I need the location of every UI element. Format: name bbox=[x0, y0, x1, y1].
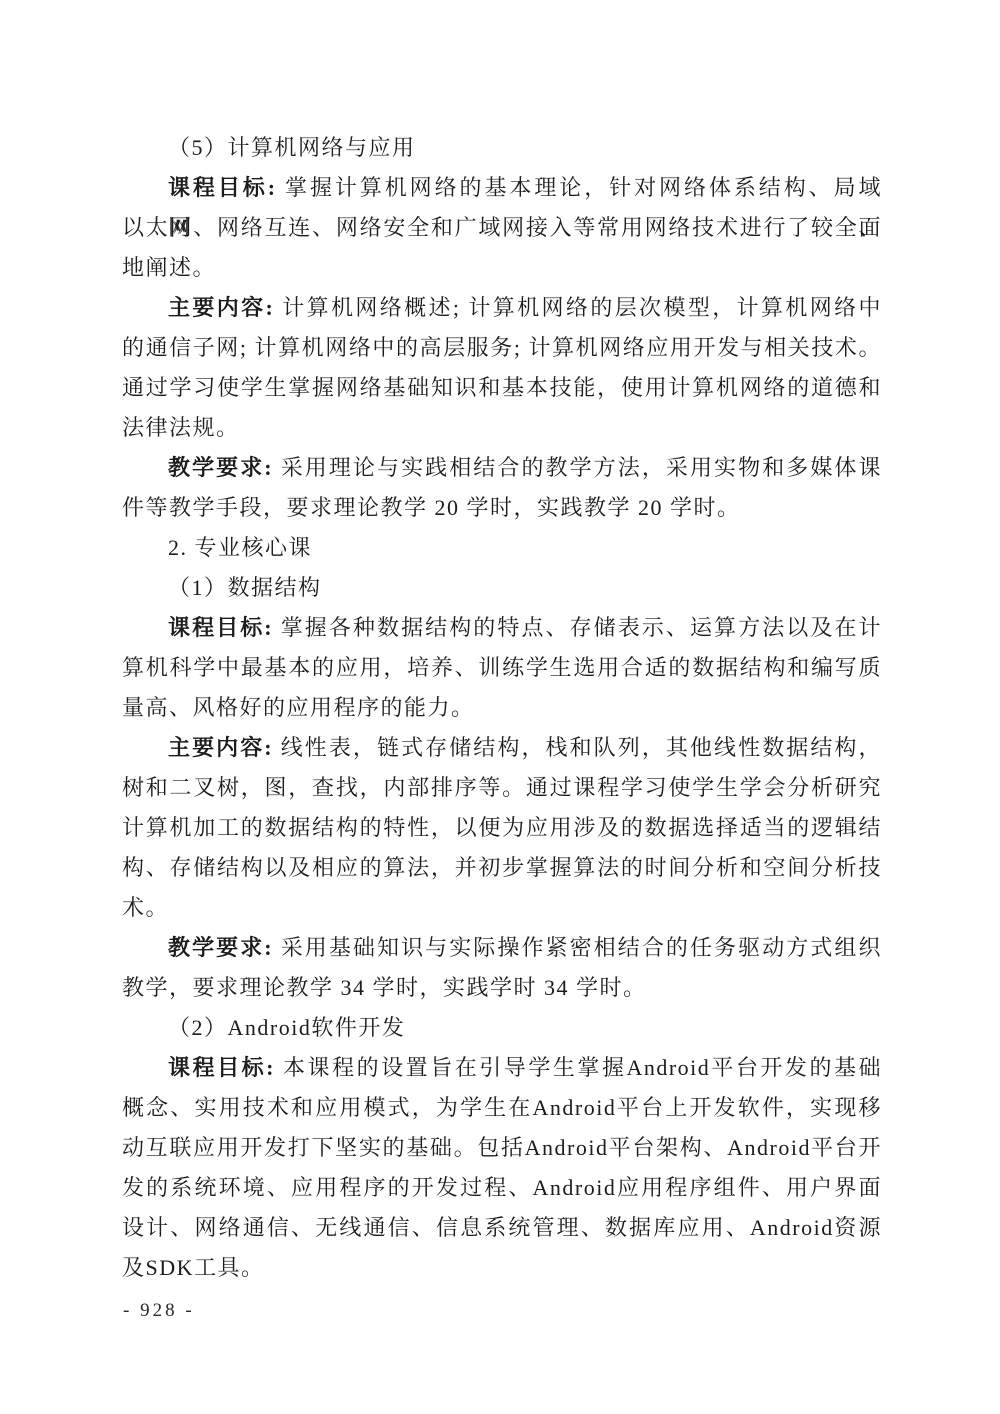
text-line: （5）计算机网络与应用 bbox=[122, 128, 882, 168]
text-line: 发的系统环境、应用程序的开发过程、Android应用程序组件、用户界面 bbox=[122, 1168, 882, 1208]
text-line: 设计、网络通信、无线通信、信息系统管理、数据库应用、Android资源 bbox=[122, 1208, 882, 1248]
line-text: 掌握各种数据结构的特点、存储表示、运算方法以及在计 bbox=[281, 615, 882, 640]
line-text: 本课程的设置旨在引导学生掌握Android平台开发的基础 bbox=[283, 1055, 882, 1080]
line-text: 法律法规。 bbox=[122, 415, 240, 440]
paragraph-label: 教学要求: bbox=[168, 935, 273, 960]
text-line: 件等教学手段，要求理论教学 20 学时，实践教学 20 学时。 bbox=[122, 488, 882, 528]
line-text: 的通信子网; 计算机网络中的高层服务; 计算机网络应用开发与相关技术。 bbox=[122, 335, 882, 360]
paragraph-label: 课程目标: bbox=[168, 175, 277, 200]
line-text: 计算机加工的数据结构的特性，以便为应用涉及的数据选择适当的逻辑结 bbox=[122, 815, 882, 840]
line-text: 算机科学中最基本的应用，培养、训练学生选用合适的数据结构和编写质 bbox=[122, 655, 882, 680]
text-line: 概念、实用技术和应用模式，为学生在Android平台上开发软件，实现移 bbox=[122, 1088, 882, 1128]
text-line: 法律法规。 bbox=[122, 408, 882, 448]
text-line: 主要内容: 线性表，链式存储结构，栈和队列，其他线性数据结构， bbox=[122, 728, 882, 768]
line-text: 术。 bbox=[122, 895, 169, 920]
paragraph-label: 课程目标: bbox=[168, 1055, 275, 1080]
page-number: - 928 - bbox=[123, 1300, 195, 1322]
line-text: 2. 专业核心课 bbox=[168, 535, 312, 560]
text-line: 及SDK工具。 bbox=[122, 1248, 882, 1288]
line-text: 树和二叉树，图，查找，内部排序等。通过课程学习使学生学会分析研究 bbox=[122, 775, 882, 800]
line-text: 概念、实用技术和应用模式，为学生在Android平台上开发软件，实现移 bbox=[122, 1095, 882, 1120]
text-line: 课程目标: 掌握计算机网络的基本理论，针对网络体系结构、局域网、 bbox=[122, 168, 882, 208]
document-body: （5）计算机网络与应用课程目标: 掌握计算机网络的基本理论，针对网络体系结构、局… bbox=[122, 128, 882, 1288]
text-line: 以太网、网络互连、网络安全和广域网接入等常用网络技术进行了较全面 bbox=[122, 208, 882, 248]
text-line: 量高、风格好的应用程序的能力。 bbox=[122, 688, 882, 728]
line-text: 计算机网络概述; 计算机网络的层次模型，计算机网络中 bbox=[282, 295, 882, 320]
line-text: 通过学习使学生掌握网络基础知识和基本技能，使用计算机网络的道德和 bbox=[122, 375, 882, 400]
document-page: （5）计算机网络与应用课程目标: 掌握计算机网络的基本理论，针对网络体系结构、局… bbox=[0, 0, 1000, 1414]
text-line: 构、存储结构以及相应的算法，并初步掌握算法的时间分析和空间分析技 bbox=[122, 848, 882, 888]
line-text: 发的系统环境、应用程序的开发过程、Android应用程序组件、用户界面 bbox=[122, 1175, 882, 1200]
text-line: 地阐述。 bbox=[122, 248, 882, 288]
line-text: （1）数据结构 bbox=[168, 575, 322, 600]
line-text: 采用基础知识与实际操作紧密相结合的任务驱动方式组织 bbox=[281, 935, 882, 960]
text-line: 主要内容: 计算机网络概述; 计算机网络的层次模型，计算机网络中 bbox=[122, 288, 882, 328]
line-text: 教学，要求理论教学 34 学时，实践学时 34 学时。 bbox=[122, 975, 647, 1000]
line-text: 以太网、网络互连、网络安全和广域网接入等常用网络技术进行了较全面 bbox=[122, 215, 882, 240]
text-line: 课程目标: 掌握各种数据结构的特点、存储表示、运算方法以及在计 bbox=[122, 608, 882, 648]
line-text: （5）计算机网络与应用 bbox=[168, 135, 416, 160]
text-line: 教学要求: 采用理论与实践相结合的教学方法，采用实物和多媒体课 bbox=[122, 448, 882, 488]
paragraph-label: 教学要求: bbox=[168, 455, 273, 480]
text-line: 动互联应用开发打下坚实的基础。包括Android平台架构、Android平台开 bbox=[122, 1128, 882, 1168]
paragraph-label: 主要内容: bbox=[168, 735, 273, 760]
text-line: 课程目标: 本课程的设置旨在引导学生掌握Android平台开发的基础 bbox=[122, 1048, 882, 1088]
line-text: 动互联应用开发打下坚实的基础。包括Android平台架构、Android平台开 bbox=[122, 1135, 882, 1160]
line-text: 及SDK工具。 bbox=[122, 1255, 265, 1280]
line-text: 地阐述。 bbox=[122, 255, 216, 280]
text-line: （2）Android软件开发 bbox=[122, 1008, 882, 1048]
line-text: 线性表，链式存储结构，栈和队列，其他线性数据结构， bbox=[281, 735, 882, 760]
line-text: 件等教学手段，要求理论教学 20 学时，实践教学 20 学时。 bbox=[122, 495, 741, 520]
text-line: 的通信子网; 计算机网络中的高层服务; 计算机网络应用开发与相关技术。 bbox=[122, 328, 882, 368]
text-line: （1）数据结构 bbox=[122, 568, 882, 608]
line-text: 采用理论与实践相结合的教学方法，采用实物和多媒体课 bbox=[281, 455, 882, 480]
text-line: 树和二叉树，图，查找，内部排序等。通过课程学习使学生学会分析研究 bbox=[122, 768, 882, 808]
text-line: 教学要求: 采用基础知识与实际操作紧密相结合的任务驱动方式组织 bbox=[122, 928, 882, 968]
paragraph-label: 课程目标: bbox=[168, 615, 273, 640]
text-line: 通过学习使学生掌握网络基础知识和基本技能，使用计算机网络的道德和 bbox=[122, 368, 882, 408]
text-line: 算机科学中最基本的应用，培养、训练学生选用合适的数据结构和编写质 bbox=[122, 648, 882, 688]
paragraph-label: 主要内容: bbox=[168, 295, 274, 320]
line-text: （2）Android软件开发 bbox=[168, 1015, 405, 1040]
text-line: 计算机加工的数据结构的特性，以便为应用涉及的数据选择适当的逻辑结 bbox=[122, 808, 882, 848]
line-text: 构、存储结构以及相应的算法，并初步掌握算法的时间分析和空间分析技 bbox=[122, 855, 882, 880]
line-text: 设计、网络通信、无线通信、信息系统管理、数据库应用、Android资源 bbox=[122, 1215, 882, 1240]
text-line: 2. 专业核心课 bbox=[122, 528, 882, 568]
text-line: 术。 bbox=[122, 888, 882, 928]
text-line: 教学，要求理论教学 34 学时，实践学时 34 学时。 bbox=[122, 968, 882, 1008]
line-text: 量高、风格好的应用程序的能力。 bbox=[122, 695, 475, 720]
